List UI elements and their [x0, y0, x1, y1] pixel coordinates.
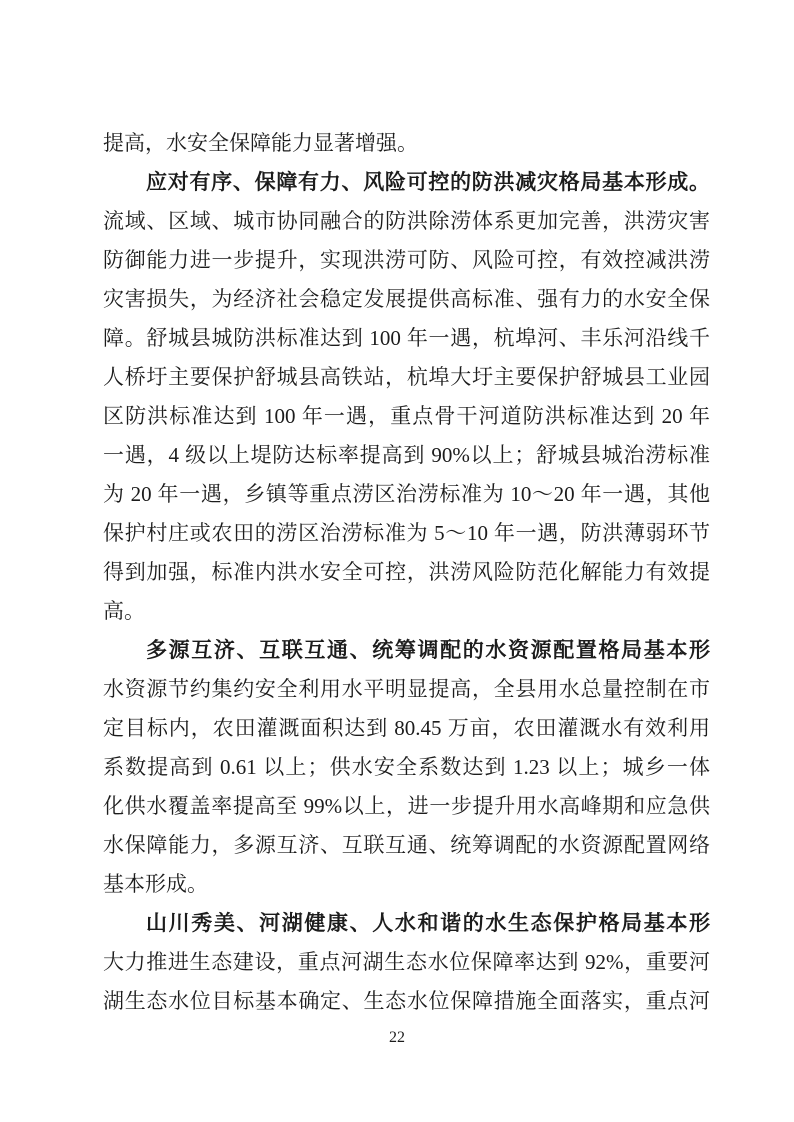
- body-text-line: 定目标内，农田灌溉面积达到 80.45 万亩，农田灌溉水有效利用: [103, 709, 710, 748]
- body-text-line: 区防洪标准达到 100 年一遇，重点骨干河道防洪标准达到 20 年: [103, 397, 710, 436]
- section-heading-water-resources: 多源互济、互联互通、统筹调配的水资源配置格局基本形成。: [103, 631, 710, 670]
- body-text-line: 人桥圩主要保护舒城县高铁站，杭埠大圩主要保护舒城县工业园: [103, 358, 710, 397]
- body-text-line: 保护村庄或农田的涝区治涝标准为 5～10 年一遇，防洪薄弱环节: [103, 514, 710, 553]
- body-text-line: 一遇，4 级以上堤防达标率提高到 90%以上；舒城县城治涝标准: [103, 436, 710, 475]
- body-text-line: 湖生态水位目标基本确定、生态水位保障措施全面落实，重点河: [103, 982, 710, 1021]
- body-text-line: 化供水覆盖率提高至 99%以上，进一步提升用水高峰期和应急供: [103, 787, 710, 826]
- section-heading-ecology: 山川秀美、河湖健康、人水和谐的水生态保护格局基本形成。: [103, 904, 710, 943]
- body-text-line: 灾害损失，为经济社会稳定发展提供高标准、强有力的水安全保: [103, 280, 710, 319]
- body-text-line: 高。: [103, 592, 710, 631]
- body-text-line: 防御能力进一步提升，实现洪涝可防、风险可控，有效控减洪涝: [103, 241, 710, 280]
- body-text-line: 系数提高到 0.61 以上；供水安全系数达到 1.23 以上；城乡一体: [103, 748, 710, 787]
- document-page: 提高，水安全保障能力显著增强。 应对有序、保障有力、风险可控的防洪减灾格局基本形…: [0, 0, 794, 1122]
- body-text-line: 基本形成。: [103, 865, 710, 904]
- body-text-line: 得到加强，标准内洪水安全可控，洪涝风险防范化解能力有效提: [103, 553, 710, 592]
- body-text-line: 障。舒城县城防洪标准达到 100 年一遇，杭埠河、丰乐河沿线千: [103, 319, 710, 358]
- body-text-line: 为 20 年一遇，乡镇等重点涝区治涝标准为 10～20 年一遇，其他: [103, 475, 710, 514]
- body-text-line: 流域、区域、城市协同融合的防洪除涝体系更加完善，洪涝灾害: [103, 202, 710, 241]
- document-body: 提高，水安全保障能力显著增强。 应对有序、保障有力、风险可控的防洪减灾格局基本形…: [103, 124, 710, 1021]
- page-number: 22: [0, 1028, 794, 1048]
- body-text-line: 提高，水安全保障能力显著增强。: [103, 124, 710, 163]
- body-text-line: 大力推进生态建设，重点河湖生态水位保障率达到 92%，重要河: [103, 943, 710, 982]
- section-heading-flood: 应对有序、保障有力、风险可控的防洪减灾格局基本形成。: [103, 163, 710, 202]
- body-text-line: 水资源节约集约安全利用水平明显提高，全县用水总量控制在市: [103, 670, 710, 709]
- body-text-line: 水保障能力，多源互济、互联互通、统筹调配的水资源配置网络: [103, 826, 710, 865]
